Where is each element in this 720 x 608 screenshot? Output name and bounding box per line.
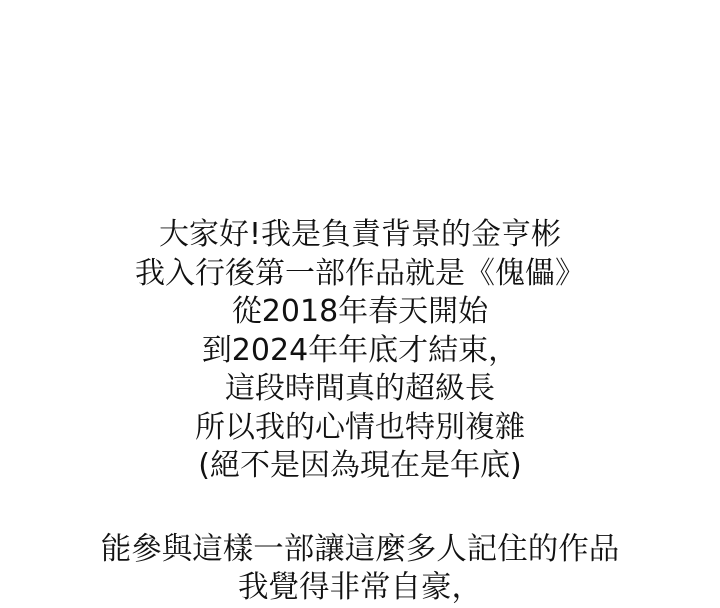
text-line: 大家好!我是負責背景的金亨彬 xyxy=(0,216,720,255)
text-line: 這段時間真的超級長 xyxy=(0,370,720,409)
text-line: (絕不是因為現在是年底) xyxy=(0,447,720,486)
paragraph-1: 大家好!我是負責背景的金亨彬 我入行後第一部作品就是《傀儡》 從2018年春天開… xyxy=(0,216,720,486)
text-line: 我入行後第一部作品就是《傀儡》 xyxy=(0,255,720,294)
text-line: 到2024年年底才結束， xyxy=(0,332,720,371)
paragraph-2: 能參與這樣一部讓這麼多人記住的作品 我覺得非常自豪， xyxy=(0,531,720,608)
text-line: 能參與這樣一部讓這麼多人記住的作品 xyxy=(0,531,720,570)
text-line: 從2018年春天開始 xyxy=(0,293,720,332)
paragraph-spacer xyxy=(0,486,720,531)
afterword-text: 大家好!我是負責背景的金亨彬 我入行後第一部作品就是《傀儡》 從2018年春天開… xyxy=(0,216,720,608)
comic-page: 大家好!我是負責背景的金亨彬 我入行後第一部作品就是《傀儡》 從2018年春天開… xyxy=(0,0,720,608)
text-line: 我覺得非常自豪， xyxy=(0,569,720,608)
text-line: 所以我的心情也特別複雜 xyxy=(0,409,720,448)
